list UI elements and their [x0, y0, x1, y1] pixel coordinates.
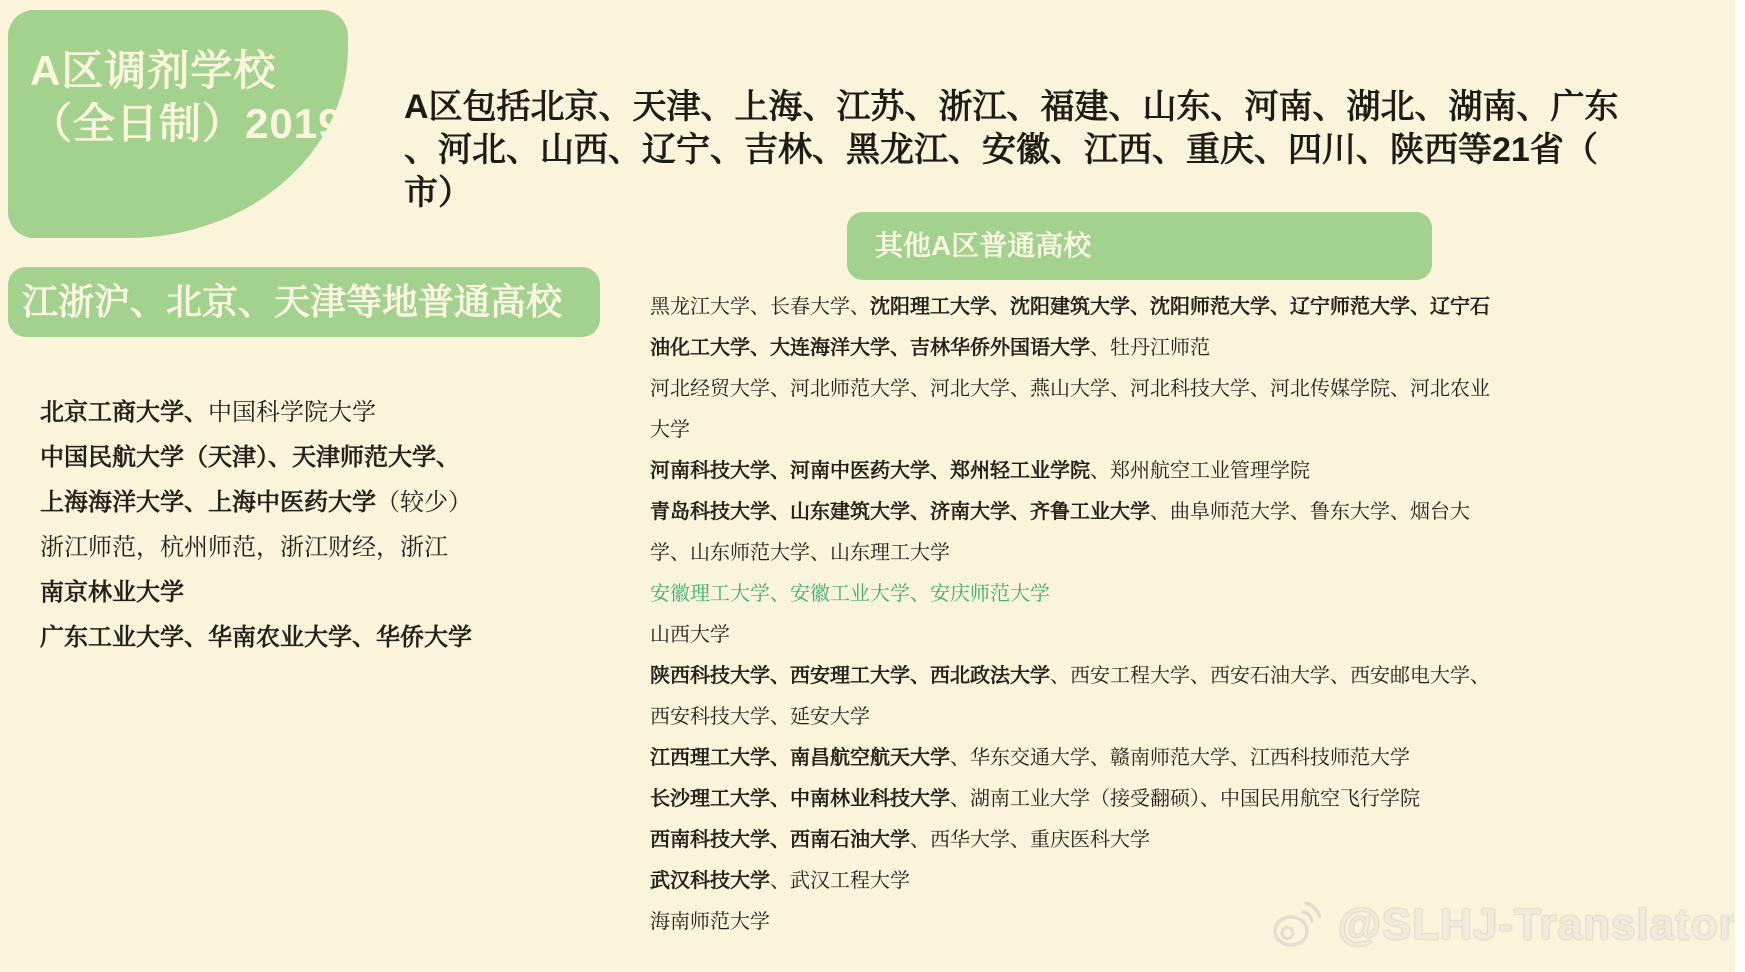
row-segment: 中国科学院大学 — [208, 399, 376, 426]
row-segment: 黑龙江大学、长春大学、 — [650, 296, 870, 318]
row-segment: 南京林业大学 — [40, 579, 184, 606]
university-row: 西南科技大学、西南石油大学、西华大学、重庆医科大学 — [650, 820, 1490, 861]
left-section-header: 江浙沪、北京、天津等地普通高校 — [8, 267, 600, 337]
watermark: @SLHJ-Translator — [1270, 898, 1737, 952]
intro-paragraph: A区包括北京、天津、上海、江苏、浙江、福建、山东、河南、湖北、湖南、广东 、河北… — [404, 86, 1619, 215]
university-row: 山西大学 — [650, 615, 1490, 656]
page-title: A区调剂学校 （全日制）2019 — [30, 44, 342, 150]
row-segment: 、西华大学、重庆医科大学 — [910, 829, 1150, 851]
row-segment: 河南科技大学、河南中医药大学、郑州轻工业学院 — [650, 460, 1090, 482]
row-segment: 武汉科技大学 — [650, 870, 770, 892]
university-row: 武汉科技大学、武汉工程大学 — [650, 861, 1490, 902]
weibo-icon — [1270, 898, 1324, 952]
intro-line: A区包括北京、天津、上海、江苏、浙江、福建、山东、河南、湖北、湖南、广东 — [404, 86, 1619, 129]
watermark-handle: @SLHJ-Translator — [1338, 900, 1737, 950]
university-row: 南京林业大学 — [40, 570, 620, 615]
row-segment: 青岛科技大学、山东建筑大学、济南大学、齐鲁工业大学 — [650, 501, 1150, 523]
row-segment: 陕西科技大学、西安理工大学、西北政法大学 — [650, 665, 1050, 687]
university-row: 中国民航大学（天津）、天津师范大学、 — [40, 435, 620, 480]
row-segment: 、武汉工程大学 — [770, 870, 910, 892]
university-row: 浙江师范，杭州师范，浙江财经，浙江 — [40, 525, 620, 570]
row-segment: 、湖南工业大学（接受翻硕）、中国民用航空飞行学院 — [950, 788, 1420, 810]
right-edge-strip — [1735, 0, 1745, 972]
right-section-header: 其他A区普通高校 — [847, 212, 1432, 280]
page-title-line1: A区调剂学校 — [30, 44, 342, 97]
intro-line: 市） — [404, 172, 1619, 215]
university-row: 长沙理工大学、中南林业科技大学、湖南工业大学（接受翻硕）、中国民用航空飞行学院 — [650, 779, 1490, 820]
row-segment: 北京工商大学、 — [40, 399, 208, 426]
university-row: 安徽理工大学、安徽工业大学、安庆师范大学 — [650, 574, 1490, 615]
university-row: 黑龙江大学、长春大学、沈阳理工大学、沈阳建筑大学、沈阳师范大学、辽宁师范大学、辽… — [650, 287, 1490, 369]
university-row: 河北经贸大学、河北师范大学、河北大学、燕山大学、河北科技大学、河北传媒学院、河北… — [650, 369, 1490, 451]
row-segment: 中国民航大学（天津）、天津师范大学、 — [40, 444, 460, 471]
row-segment: 浙江师范，杭州师范，浙江财经，浙江 — [40, 534, 448, 561]
university-row: 河南科技大学、河南中医药大学、郑州轻工业学院、郑州航空工业管理学院 — [650, 451, 1490, 492]
university-row: 北京工商大学、中国科学院大学 — [40, 390, 620, 435]
university-row: 江西理工大学、南昌航空航天大学、华东交通大学、赣南师范大学、江西科技师范大学 — [650, 738, 1490, 779]
row-segment: 、华东交通大学、赣南师范大学、江西科技师范大学 — [950, 747, 1410, 769]
row-segment: 、郑州航空工业管理学院 — [1090, 460, 1310, 482]
infographic-canvas: A区调剂学校 （全日制）2019 A区包括北京、天津、上海、江苏、浙江、福建、山… — [0, 0, 1745, 972]
university-row: 青岛科技大学、山东建筑大学、济南大学、齐鲁工业大学、曲阜师范大学、鲁东大学、烟台… — [650, 492, 1490, 574]
row-segment: 海南师范大学 — [650, 911, 770, 933]
right-university-list: 黑龙江大学、长春大学、沈阳理工大学、沈阳建筑大学、沈阳师范大学、辽宁师范大学、辽… — [650, 287, 1490, 943]
row-segment: 上海海洋大学、上海中医药大学 — [40, 489, 376, 516]
university-row: 陕西科技大学、西安理工大学、西北政法大学、西安工程大学、西安石油大学、西安邮电大… — [650, 656, 1490, 738]
row-segment: 广东工业大学、华南农业大学、华侨大学 — [40, 624, 472, 651]
intro-line: 、河北、山西、辽宁、吉林、黑龙江、安徽、江西、重庆、四川、陕西等21省（ — [404, 129, 1619, 172]
left-university-list: 北京工商大学、中国科学院大学中国民航大学（天津）、天津师范大学、上海海洋大学、上… — [40, 390, 620, 660]
page-title-line2: （全日制）2019 — [30, 97, 342, 150]
row-segment: 江西理工大学、南昌航空航天大学 — [650, 747, 950, 769]
row-segment: 安徽理工大学、安徽工业大学、安庆师范大学 — [650, 583, 1050, 605]
row-segment: 山西大学 — [650, 624, 730, 646]
section-badge: A区调剂学校 （全日制）2019 — [8, 10, 348, 238]
row-segment: 长沙理工大学、中南林业科技大学 — [650, 788, 950, 810]
row-segment: 、牡丹江师范 — [1090, 337, 1210, 359]
row-segment: （较少） — [376, 489, 472, 516]
university-row: 广东工业大学、华南农业大学、华侨大学 — [40, 615, 620, 660]
university-row: 上海海洋大学、上海中医药大学（较少） — [40, 480, 620, 525]
row-segment: 河北经贸大学、河北师范大学、河北大学、燕山大学、河北科技大学、河北传媒学院、河北… — [650, 378, 1490, 441]
row-segment: 西南科技大学、西南石油大学 — [650, 829, 910, 851]
